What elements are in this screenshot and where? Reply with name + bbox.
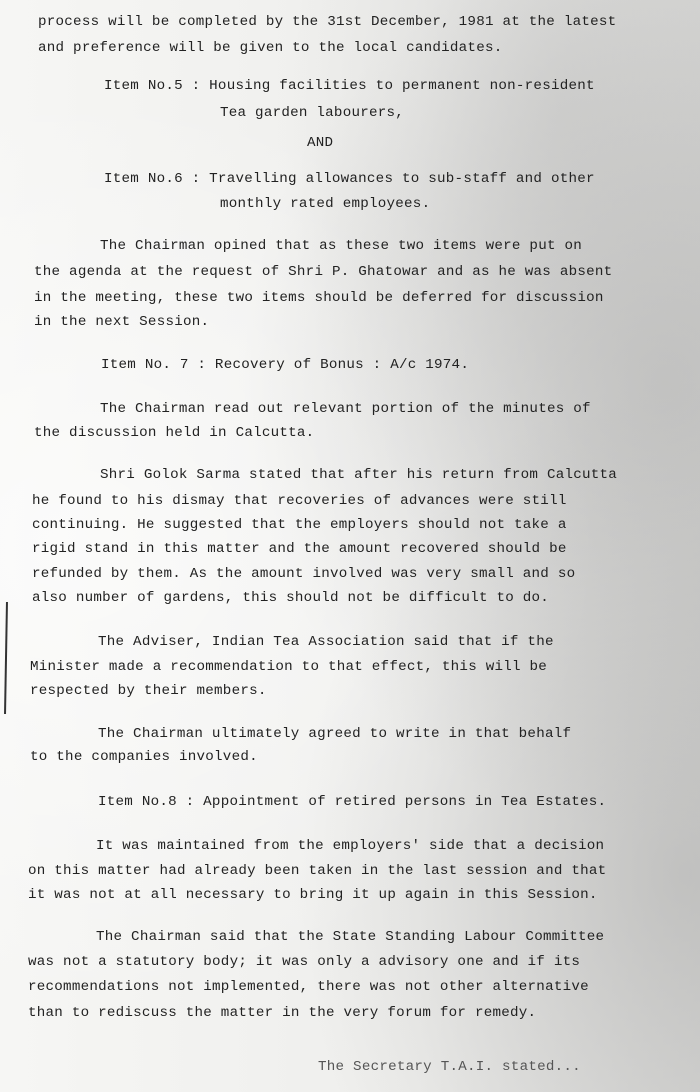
text-line: Shri Golok Sarma stated that after his r…	[100, 467, 617, 483]
text-line: refunded by them. As the amount involved…	[32, 566, 575, 582]
item-heading-cont: Tea garden labourers,	[220, 105, 404, 121]
conjunction: AND	[307, 135, 333, 151]
text-line: the discussion held in Calcutta.	[34, 425, 314, 441]
text-line: continuing. He suggested that the employ…	[32, 517, 567, 533]
text-line: it was not at all necessary to bring it …	[28, 887, 598, 903]
text-line: The Chairman read out relevant portion o…	[100, 401, 591, 417]
text-line: he found to his dismay that recoveries o…	[32, 493, 567, 509]
text-line: in the meeting, these two items should b…	[34, 290, 604, 306]
text-line: to the companies involved.	[30, 749, 258, 765]
text-line: than to rediscuss the matter in the very…	[28, 1005, 536, 1021]
text-line: and preference will be given to the loca…	[38, 40, 503, 56]
item-heading-cont: monthly rated employees.	[220, 196, 430, 212]
text-line: rigid stand in this matter and the amoun…	[32, 541, 567, 557]
item-heading: Item No.5 : Housing facilities to perman…	[104, 78, 595, 94]
text-line: process will be completed by the 31st De…	[38, 14, 616, 30]
text-line: the agenda at the request of Shri P. Gha…	[34, 264, 612, 280]
text-line: The Chairman opined that as these two it…	[100, 238, 582, 254]
text-line: in the next Session.	[34, 314, 209, 330]
continuation-line: The Secretary T.A.I. stated...	[318, 1059, 581, 1075]
text-line: The Chairman said that the State Standin…	[96, 929, 604, 945]
text-line: on this matter had already been taken in…	[28, 863, 606, 879]
text-line: also number of gardens, this should not …	[32, 590, 549, 606]
margin-mark	[4, 602, 8, 714]
item-heading: Item No. 7 : Recovery of Bonus : A/c 197…	[101, 357, 469, 373]
text-line: respected by their members.	[30, 683, 267, 699]
scanned-page: process will be completed by the 31st De…	[0, 0, 700, 1092]
text-line: The Chairman ultimately agreed to write …	[98, 726, 571, 742]
text-line: Minister made a recommendation to that e…	[30, 659, 547, 675]
item-heading: Item No.8 : Appointment of retired perso…	[98, 794, 606, 810]
text-line: It was maintained from the employers' si…	[96, 838, 604, 854]
text-line: was not a statutory body; it was only a …	[28, 954, 580, 970]
item-heading: Item No.6 : Travelling allowances to sub…	[104, 171, 595, 187]
text-line: The Adviser, Indian Tea Association said…	[98, 634, 554, 650]
text-line: recommendations not implemented, there w…	[28, 979, 589, 995]
